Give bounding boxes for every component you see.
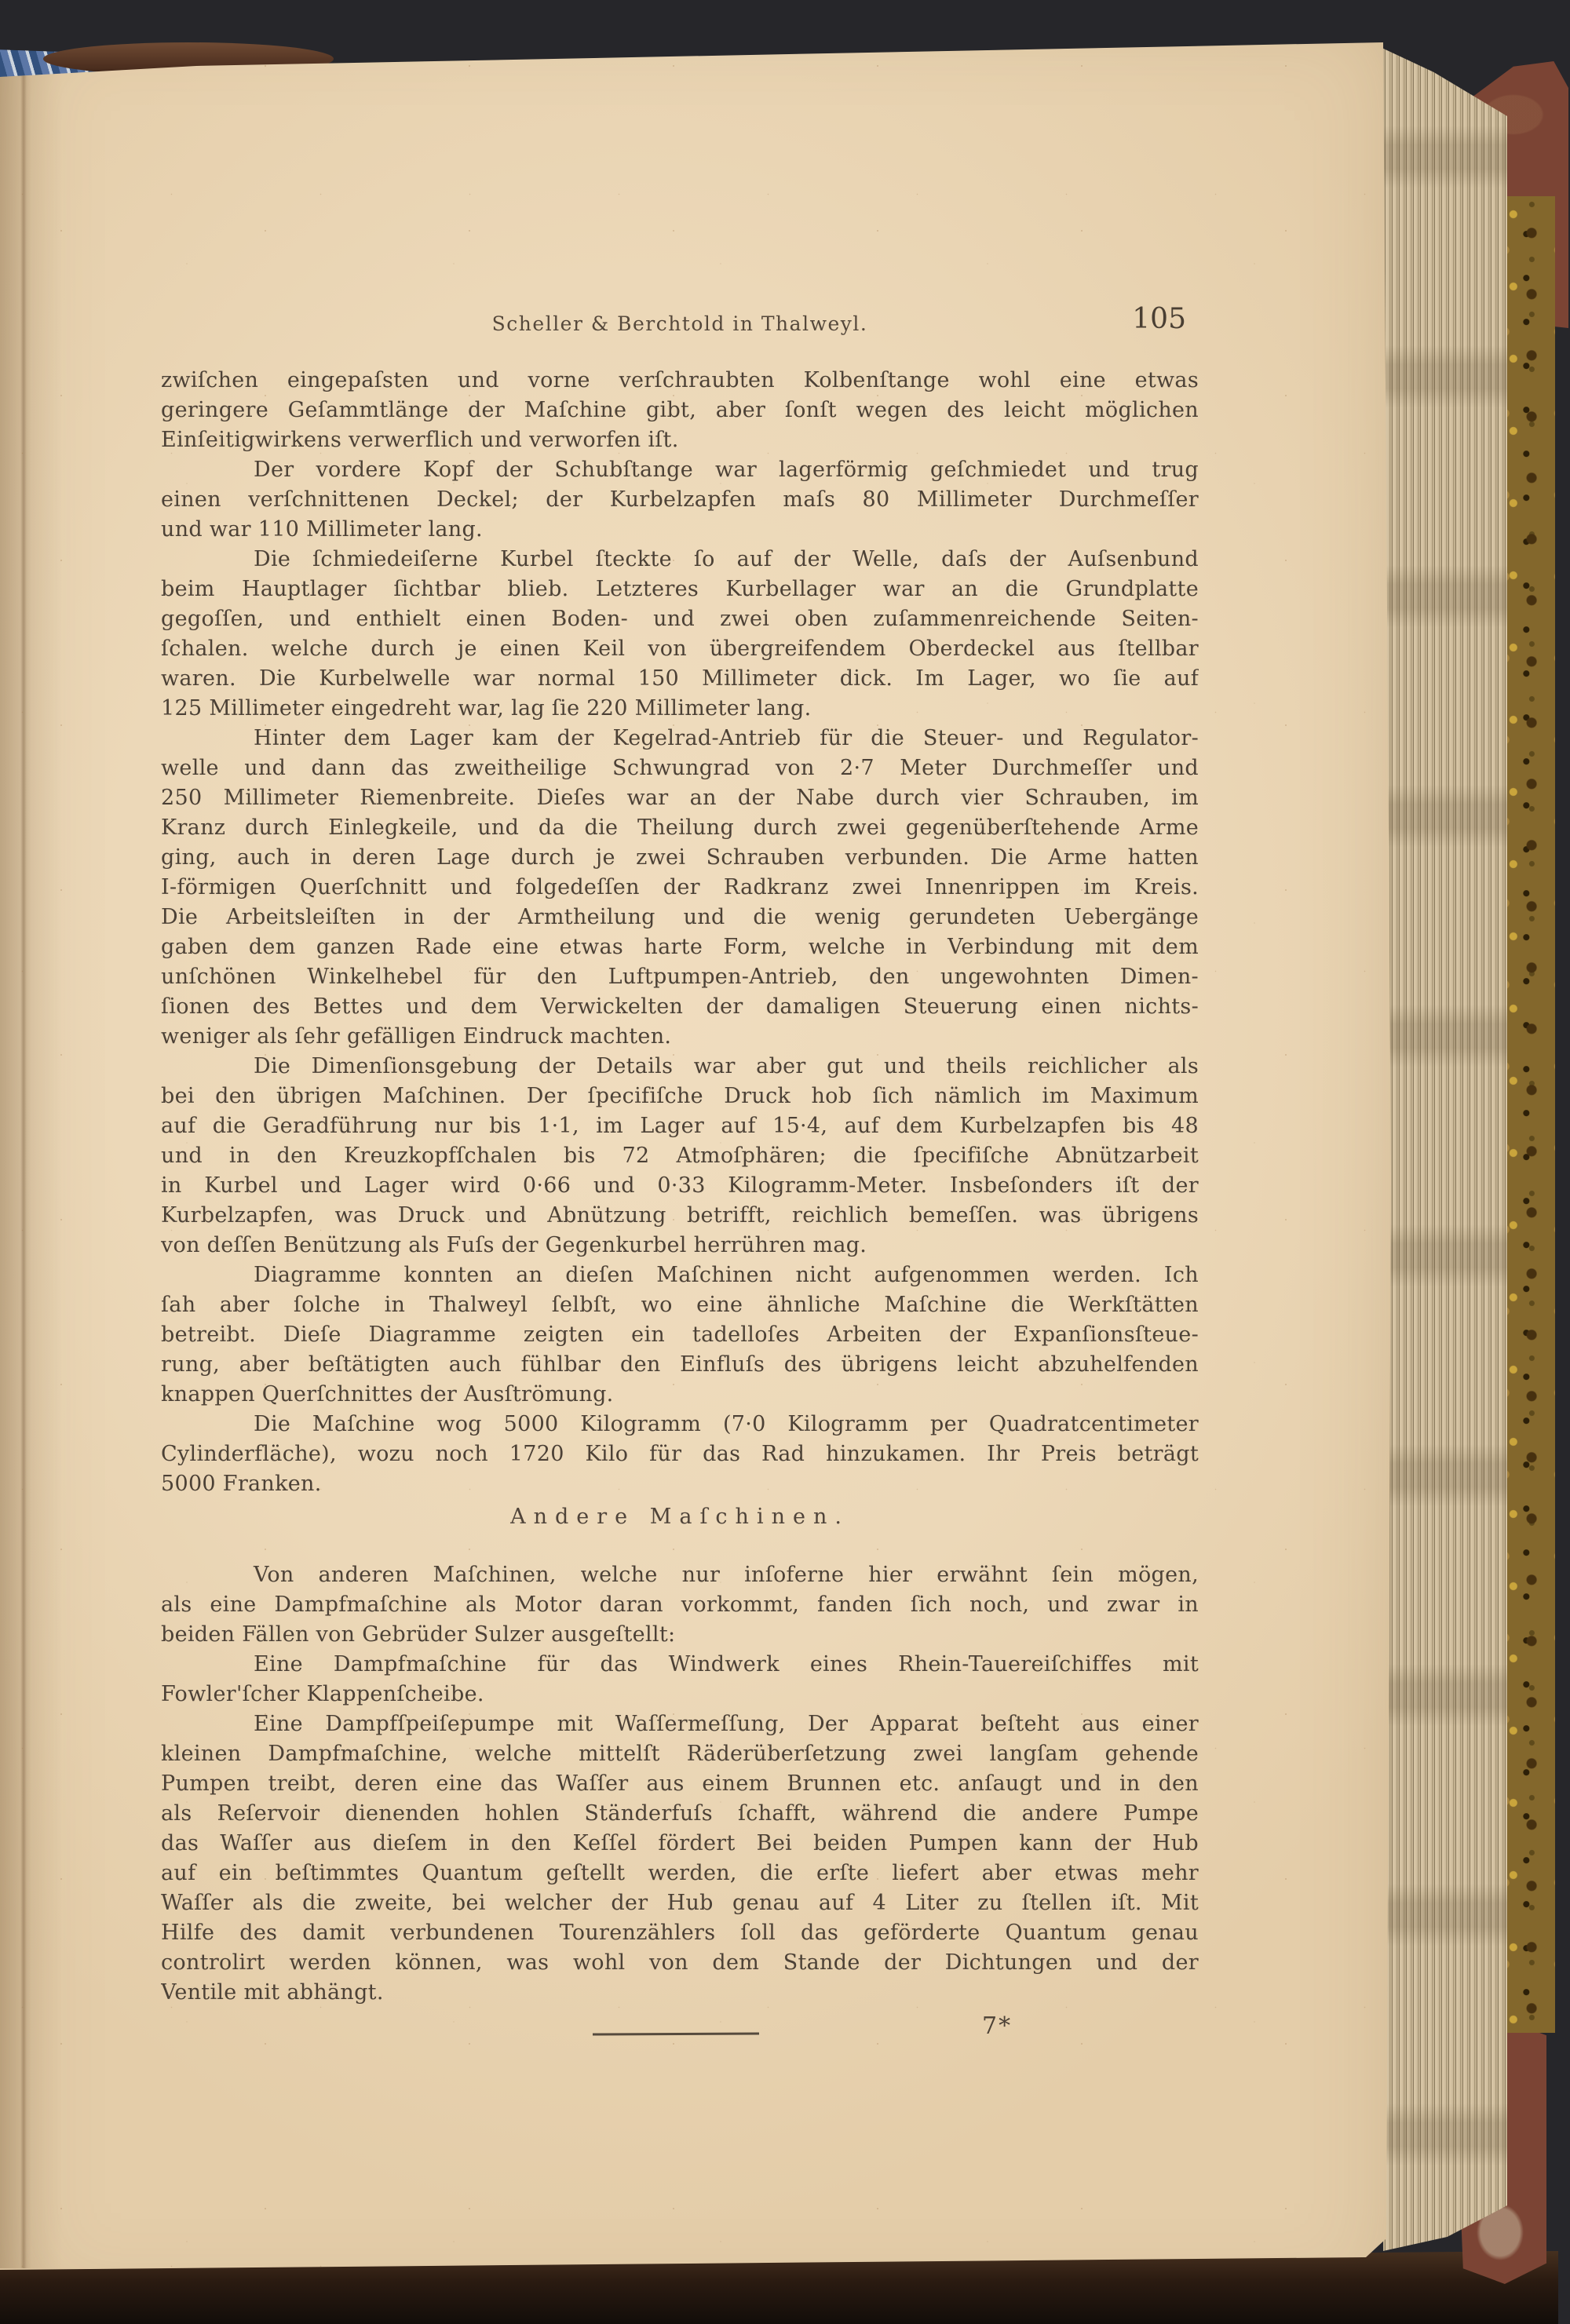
page-footer: 7* xyxy=(161,2008,1199,2074)
text-line: das Waſſer aus dieſem in den Keſſel förd… xyxy=(161,1829,1199,1859)
text-line: weniger als ſehr gefälligen Eindruck mac… xyxy=(161,1022,1199,1052)
text-line: gaben dem ganzen Rade eine etwas harte F… xyxy=(161,932,1199,962)
text-line: Fowler'ſcher Klappenſcheibe. xyxy=(161,1680,1199,1709)
text-line: controlirt werden können, was wohl von d… xyxy=(161,1948,1199,1978)
text-line: als Reſervoir dienenden hohlen Ständerfu… xyxy=(161,1799,1199,1829)
text-line: als eine Dampfmaſchine als Motor daran v… xyxy=(161,1590,1199,1620)
text-line: beiden Fällen von Gebrüder Sulzer ausgeſ… xyxy=(161,1620,1199,1650)
text-line: Diagramme konnten an dieſen Maſchinen ni… xyxy=(161,1261,1199,1290)
text-line: ging, auch in deren Lage durch je zwei S… xyxy=(161,843,1199,873)
text-line: zwiſchen eingepaſsten und vorne verſchra… xyxy=(161,366,1199,396)
text-line: Hinter dem Lager kam der Kegelrad-Antrie… xyxy=(161,724,1199,753)
paragraph: Die Maſchine wog 5000 Kilogramm (7·0 Kil… xyxy=(161,1410,1199,1499)
text-line: Die ſchmiedeiſerne Kurbel ſteckte ſo auf… xyxy=(161,545,1199,575)
paragraph: Diagramme konnten an dieſen Maſchinen ni… xyxy=(161,1261,1199,1410)
text-line: 5000 Franken. xyxy=(161,1469,1199,1499)
text-line: 125 Millimeter eingedreht war, lag ſie 2… xyxy=(161,694,1199,724)
text-line: welle und dann das zweitheilige Schwungr… xyxy=(161,753,1199,783)
text-line: unſchönen Winkelhebel für den Luftpumpen… xyxy=(161,962,1199,992)
text-line: geringere Geſammtlänge der Maſchine gibt… xyxy=(161,396,1199,425)
text-line: bei den übrigen Maſchinen. Der ſpecifiſc… xyxy=(161,1082,1199,1111)
text-line: Die Arbeitsleiſten in der Armtheilung un… xyxy=(161,903,1199,932)
text-line: einen verſchnittenen Deckel; der Kurbelz… xyxy=(161,485,1199,515)
text-line: Ventile mit abhängt. xyxy=(161,1978,1199,2008)
body-text: zwiſchen eingepaſsten und vorne verſchra… xyxy=(161,366,1199,2008)
text-line: Hilfe des damit verbundenen Tourenzähler… xyxy=(161,1918,1199,1948)
printed-text: Scheller & Berchtold in Thalweyl. 105 zw… xyxy=(161,308,1199,2074)
paragraph: Die Dimenſionsgebung der Details war abe… xyxy=(161,1052,1199,1261)
text-line: beim Hauptlager ſichtbar blieb. Letztere… xyxy=(161,575,1199,604)
text-line: auf ein beſtimmtes Quantum geſtellt werd… xyxy=(161,1859,1199,1888)
paragraph: Die ſchmiedeiſerne Kurbel ſteckte ſo auf… xyxy=(161,545,1199,724)
text-line: Von anderen Maſchinen, welche nur inſofe… xyxy=(161,1560,1199,1590)
text-line: 250 Millimeter Riemenbreite. Dieſes war … xyxy=(161,783,1199,813)
text-line: Eine Dampfmaſchine für das Windwerk eine… xyxy=(161,1650,1199,1680)
signature-mark: 7* xyxy=(982,2012,1012,2040)
text-line: Die Maſchine wog 5000 Kilogramm (7·0 Kil… xyxy=(161,1410,1199,1439)
page-number: 105 xyxy=(1132,303,1186,335)
text-line: knappen Querſchnittes der Ausſtrömung. xyxy=(161,1380,1199,1410)
text-line: und in den Kreuzkopfſchalen bis 72 Atmoſ… xyxy=(161,1141,1199,1171)
text-line: Einſeitigwirkens verwerflich und verworf… xyxy=(161,425,1199,455)
text-line: Waſſer als die zweite, bei welcher der H… xyxy=(161,1888,1199,1918)
paragraph: Der vordere Kopf der Schubſtange war lag… xyxy=(161,455,1199,545)
footer-rule xyxy=(593,2032,759,2035)
page-header: Scheller & Berchtold in Thalweyl. 105 xyxy=(161,308,1199,366)
text-line: Eine Dampfſpeiſepumpe mit Waſſermeſſung,… xyxy=(161,1709,1199,1739)
text-line: I-förmigen Querſchnitt und folgedeſſen d… xyxy=(161,873,1199,903)
text-line: auf die Geradführung nur bis 1·1, im Lag… xyxy=(161,1111,1199,1141)
text-line: in Kurbel und Lager wird 0·66 und 0·33 K… xyxy=(161,1171,1199,1201)
paragraph: Eine Dampfſpeiſepumpe mit Waſſermeſſung,… xyxy=(161,1709,1199,2008)
text-line: und war 110 Millimeter lang. xyxy=(161,515,1199,545)
paragraph: Eine Dampfmaſchine für das Windwerk eine… xyxy=(161,1650,1199,1709)
text-line: Kurbelzapfen, was Druck und Abnützung be… xyxy=(161,1201,1199,1231)
running-title: Scheller & Berchtold in Thalweyl. xyxy=(161,308,1199,335)
section-heading: Andere Maſchinen. xyxy=(161,1502,1199,1532)
text-line: gegoſſen, und enthielt einen Boden- und … xyxy=(161,604,1199,634)
text-line: Kranz durch Einlegkeile, und da die Thei… xyxy=(161,813,1199,843)
text-line: rung, aber beſtätigten auch fühlbar den … xyxy=(161,1350,1199,1380)
text-line: Die Dimenſionsgebung der Details war abe… xyxy=(161,1052,1199,1082)
book-scan: { "page": { "header": { "running_title":… xyxy=(0,0,1570,2324)
text-line: waren. Die Kurbelwelle war normal 150 Mi… xyxy=(161,664,1199,694)
text-line: Pumpen treibt, deren eine das Waſſer aus… xyxy=(161,1769,1199,1799)
paragraph: Hinter dem Lager kam der Kegelrad-Antrie… xyxy=(161,724,1199,1052)
text-line: betreibt. Dieſe Diagramme zeigten ein ta… xyxy=(161,1320,1199,1350)
page-block-fore-edge xyxy=(1374,39,1507,2254)
text-line: ſchalen. welche durch je einen Keil von … xyxy=(161,634,1199,664)
paragraph: zwiſchen eingepaſsten und vorne verſchra… xyxy=(161,366,1199,455)
text-line: Cylinderfläche), wozu noch 1720 Kilo für… xyxy=(161,1439,1199,1469)
text-line: ſah aber ſolche in Thalweyl ſelbſt, wo e… xyxy=(161,1290,1199,1320)
text-line: von deſſen Benützung als Fuſs der Gegenk… xyxy=(161,1231,1199,1261)
text-line: kleinen Dampfmaſchine, welche mittelſt R… xyxy=(161,1739,1199,1769)
paragraph: Von anderen Maſchinen, welche nur inſofe… xyxy=(161,1560,1199,1650)
text-line: ſionen des Bettes und dem Verwickelten d… xyxy=(161,992,1199,1022)
text-line: Der vordere Kopf der Schubſtange war lag… xyxy=(161,455,1199,485)
